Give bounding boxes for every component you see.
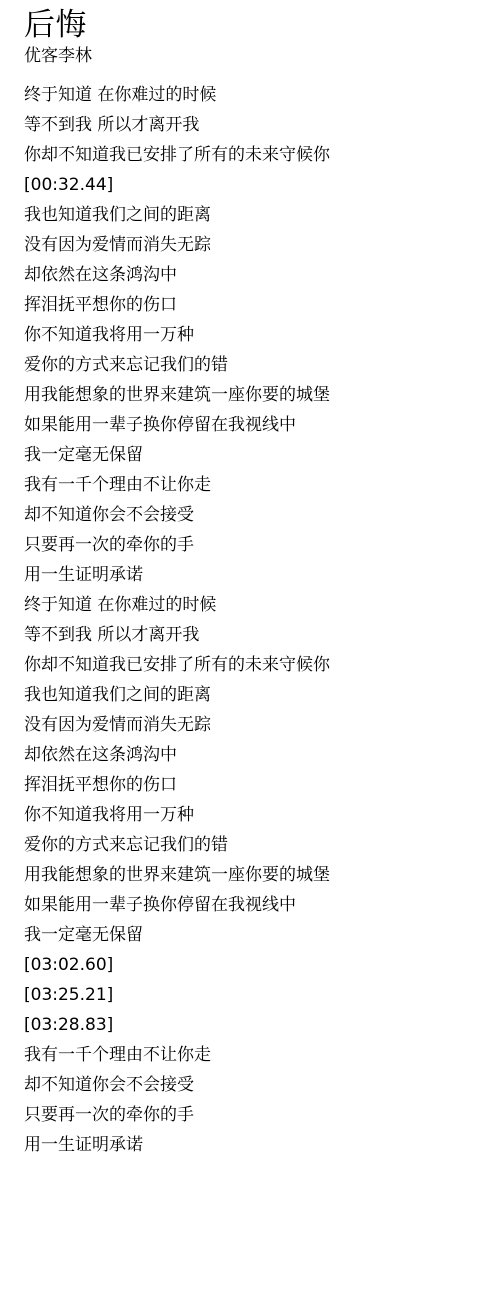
lyric-line: 却依然在这条鸿沟中: [24, 260, 490, 290]
song-title: 后悔: [24, 6, 490, 44]
lyric-line: 你却不知道我已安排了所有的未来守候你: [24, 650, 490, 680]
lyric-line: 我有一千个理由不让你走: [24, 1040, 490, 1070]
lyric-line: 等不到我 所以才离开我: [24, 110, 490, 140]
lyric-line: 我有一千个理由不让你走: [24, 470, 490, 500]
artist-name: 优客李林: [24, 44, 490, 68]
lyric-line: 却不知道你会不会接受: [24, 1070, 490, 1100]
lyric-line: 终于知道 在你难过的时候: [24, 590, 490, 620]
lyric-line: 爱你的方式来忘记我们的错: [24, 350, 490, 380]
lyric-line: 用我能想象的世界来建筑一座你要的城堡: [24, 860, 490, 890]
lyric-line: 你不知道我将用一万种: [24, 800, 490, 830]
lyric-line: 用我能想象的世界来建筑一座你要的城堡: [24, 380, 490, 410]
lyrics-block: 终于知道 在你难过的时候 等不到我 所以才离开我 你却不知道我已安排了所有的未来…: [24, 80, 490, 1160]
lyric-line: 用一生证明承诺: [24, 1130, 490, 1160]
lyrics-page: 后悔 优客李林 终于知道 在你难过的时候 等不到我 所以才离开我 你却不知道我已…: [0, 0, 500, 1160]
lyric-timestamp: [00:32.44]: [24, 170, 490, 200]
lyric-line: 我一定毫无保留: [24, 440, 490, 470]
lyric-line: 却不知道你会不会接受: [24, 500, 490, 530]
lyric-line: 爱你的方式来忘记我们的错: [24, 830, 490, 860]
lyric-line: 你不知道我将用一万种: [24, 320, 490, 350]
lyric-timestamp: [03:28.83]: [24, 1010, 490, 1040]
lyric-line: 如果能用一辈子换你停留在我视线中: [24, 890, 490, 920]
lyric-line: 如果能用一辈子换你停留在我视线中: [24, 410, 490, 440]
lyric-line: 等不到我 所以才离开我: [24, 620, 490, 650]
lyric-line: 我也知道我们之间的距离: [24, 200, 490, 230]
lyric-line: 没有因为爱情而消失无踪: [24, 230, 490, 260]
lyric-line: 只要再一次的牵你的手: [24, 530, 490, 560]
lyric-line: 我也知道我们之间的距离: [24, 680, 490, 710]
lyric-timestamp: [03:02.60]: [24, 950, 490, 980]
lyric-line: 挥泪抚平想你的伤口: [24, 770, 490, 800]
lyric-line: 用一生证明承诺: [24, 560, 490, 590]
lyric-line: 只要再一次的牵你的手: [24, 1100, 490, 1130]
lyric-line: 却依然在这条鸿沟中: [24, 740, 490, 770]
lyric-timestamp: [03:25.21]: [24, 980, 490, 1010]
lyric-line: 终于知道 在你难过的时候: [24, 80, 490, 110]
lyric-line: 没有因为爱情而消失无踪: [24, 710, 490, 740]
lyric-line: 挥泪抚平想你的伤口: [24, 290, 490, 320]
lyric-line: 你却不知道我已安排了所有的未来守候你: [24, 140, 490, 170]
lyric-line: 我一定毫无保留: [24, 920, 490, 950]
